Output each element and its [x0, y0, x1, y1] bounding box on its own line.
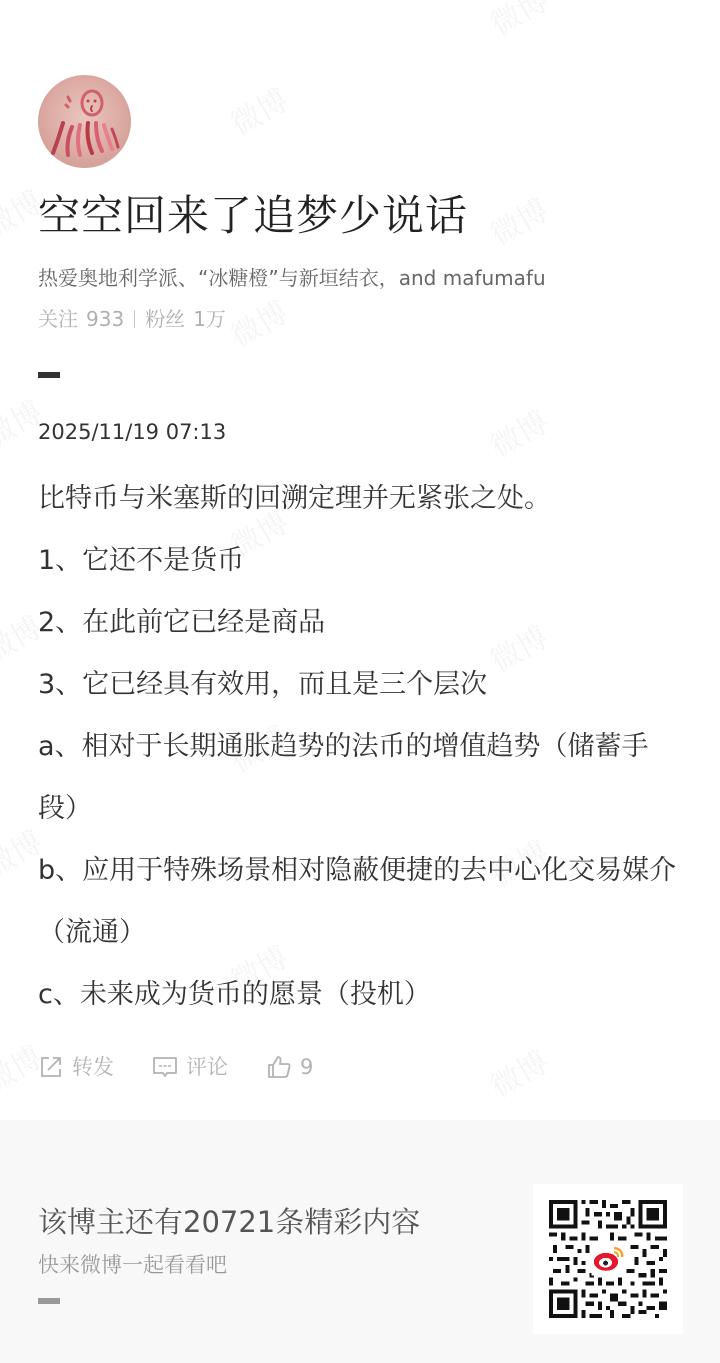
- user-bio: 热爱奥地利学派、“冰糖橙”与新垣结衣，and mafumafu: [38, 264, 546, 292]
- watermark: 微博: [481, 0, 555, 44]
- post-paragraph: 比特币与米塞斯的回溯定理并无紧张之处。: [38, 468, 688, 530]
- post-paragraph: 2、在此前它已经是商品: [38, 592, 688, 654]
- watermark: 微博: [481, 1038, 555, 1106]
- post-paragraph: a、相对于长期通胀趋势的法币的增值趋势（储蓄手段）: [38, 716, 688, 840]
- avatar[interactable]: [38, 75, 131, 168]
- comment-icon: [152, 1054, 178, 1080]
- post-paragraph: b、应用于特殊场景相对隐蔽便捷的去中心化交易媒介（流通）: [38, 840, 688, 964]
- like-count: 9: [300, 1050, 313, 1084]
- watermark: 微博: [221, 288, 295, 356]
- thumbs-up-icon: [266, 1054, 292, 1080]
- share-icon: [38, 1054, 64, 1080]
- action-bar: 转发 评论 9: [38, 1050, 351, 1084]
- username[interactable]: 空空回来了追梦少说话: [38, 188, 468, 244]
- promo-footer: 该博主还有20721条精彩内容 快来微博一起看看吧: [0, 1120, 720, 1363]
- post-paragraph: c、未来成为货币的愿景（投机）: [38, 964, 688, 1026]
- weibo-share-card: 微博 微博 微博 微博 微博 微博 微博 微博 微博 微博 微博 微博 微博 微…: [0, 0, 720, 1363]
- comment-button[interactable]: 评论: [152, 1050, 228, 1084]
- post-paragraph: 3、它已经具有效用，而且是三个层次: [38, 654, 688, 716]
- promo-subtitle: 快来微博一起看看吧: [38, 1250, 227, 1280]
- followers-label: 粉丝: [145, 305, 185, 333]
- post-timestamp: 2025/11/19 07:13: [38, 418, 226, 446]
- qr-code[interactable]: [533, 1184, 683, 1334]
- follow-stats: 关注 933 粉丝 1万: [38, 305, 226, 333]
- post-paragraph: 1、它还不是货币: [38, 530, 688, 592]
- following-label: 关注: [38, 305, 78, 333]
- promo-title: 该博主还有20721条精彩内容: [38, 1202, 420, 1242]
- watermark: 微博: [221, 76, 295, 144]
- promo-divider: [38, 1298, 60, 1304]
- octopus-avatar-icon: [38, 75, 131, 168]
- weibo-qr-code-icon: [549, 1200, 667, 1318]
- stats-divider: [134, 310, 135, 328]
- repost-label: 转发: [72, 1050, 114, 1084]
- section-divider: [38, 372, 60, 378]
- followers-count: 1万: [193, 305, 226, 333]
- repost-button[interactable]: 转发: [38, 1050, 114, 1084]
- comment-label: 评论: [186, 1050, 228, 1084]
- watermark: 微博: [481, 398, 555, 466]
- watermark: 微博: [481, 186, 555, 254]
- post-content: 比特币与米塞斯的回溯定理并无紧张之处。 1、它还不是货币 2、在此前它已经是商品…: [38, 468, 688, 1026]
- like-button[interactable]: 9: [266, 1050, 313, 1084]
- following-count: 933: [86, 305, 124, 333]
